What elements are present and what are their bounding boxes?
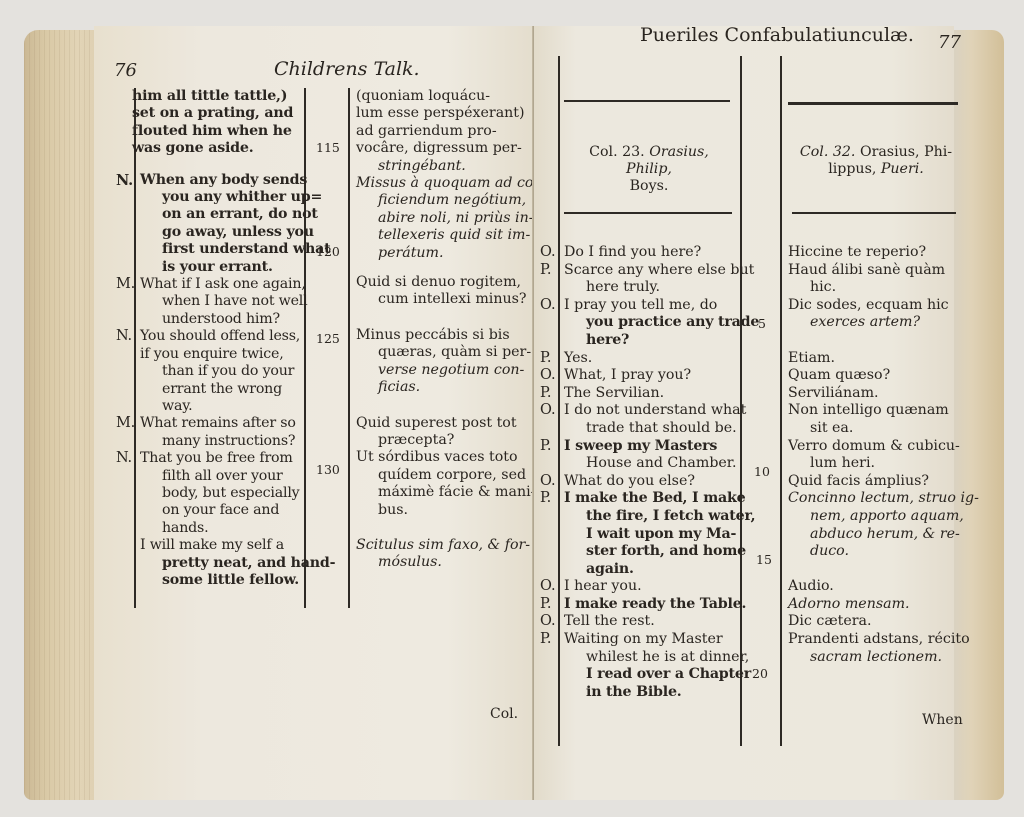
text-line: filth all over your [140, 468, 308, 485]
text-line: Audio. [788, 578, 964, 596]
text-line: trade that should be. [564, 420, 736, 438]
speaker-label: O. [540, 613, 556, 631]
speaker-label: P. [540, 262, 551, 280]
text-line: I read over a Chapter [564, 666, 736, 684]
speaker-label: O. [540, 244, 556, 262]
dialogue-block: him all tittle tattle,) set on a prating… [132, 88, 308, 158]
text-line: Waiting on my Master [564, 631, 723, 647]
line-number: 115 [316, 140, 340, 155]
text-line: Minus peccábis si bis [356, 327, 528, 344]
text-line: perátum. [356, 245, 528, 262]
text-line: Do I find you here? [564, 244, 701, 260]
text-line: you practice any trade [564, 314, 736, 332]
text-line: quæras, quàm si per- [356, 344, 528, 361]
line-number: 10 [754, 464, 770, 479]
line-number: 125 [316, 331, 340, 346]
text-line: máximè fácie & mani- [356, 484, 528, 501]
speaker-label: O. [540, 578, 556, 596]
text-line: mósulus. [356, 554, 528, 571]
dialogue-block: N.You should offend less, if you enquire… [140, 328, 308, 415]
column-rule [558, 56, 560, 746]
text-line: Quid superest post tot [356, 415, 528, 432]
heading-subtitle: lippus, [828, 161, 876, 177]
heading-rule [788, 102, 958, 105]
text-line: ster forth, and home [564, 543, 736, 561]
open-book: 76 Childrens Talk. him all tittle tattle… [24, 22, 1004, 807]
latin-block: Missus à quoquam ad con- ficiendum negót… [356, 175, 528, 262]
text-line: Quid facis ámplius? [788, 473, 964, 491]
heading-rule [564, 100, 730, 102]
text-line: ficias. [356, 379, 528, 396]
line-number: 20 [752, 666, 768, 681]
text-line: ficiendum negótium, [356, 192, 528, 209]
english-column: him all tittle tattle,) set on a prating… [140, 88, 308, 589]
text-line: hic. [788, 279, 964, 297]
heading-rule [792, 212, 956, 214]
speaker-label: P. [540, 385, 551, 403]
text-line: sit ea. [788, 420, 964, 438]
text-line: What do you else? [564, 473, 695, 489]
speaker-label: P. [540, 631, 551, 649]
text-line: Ut sórdibus vaces toto [356, 449, 528, 466]
text-line: set on a prating, and [132, 105, 308, 122]
english-column: O.Do I find you here? P.Scarce any where… [564, 244, 736, 701]
speaker-names: Orasius, Phi- [860, 144, 952, 160]
latin-block: Minus peccábis si bis quæras, quàm si pe… [356, 327, 528, 397]
text-line: Dic sodes, ecquam hic [788, 297, 964, 315]
line-number: 120 [316, 244, 340, 259]
text-line: exerces artem? [788, 314, 964, 332]
text-line: What if I ask one again, [140, 276, 306, 292]
text-line: pretty neat, and hand- [140, 555, 308, 572]
text-line: ad garriendum pro- [356, 123, 528, 140]
text-line: nem, apporto aquam, [788, 508, 964, 526]
text-line: The Servilian. [564, 385, 664, 401]
text-line: on your face and [140, 502, 308, 519]
text-line: tellexeris quid sit im- [356, 227, 528, 244]
text-line: abire noli, ni priùs in- [356, 210, 528, 227]
text-line: many instructions? [140, 433, 308, 450]
speaker-label: M. [116, 415, 135, 432]
running-head: Pueriles Confabulatiunculæ. [640, 24, 914, 46]
text-line: I hear you. [564, 578, 642, 594]
colloquy-reference: Col. 23. [589, 144, 645, 160]
speaker-label: O. [540, 402, 556, 420]
speaker-label: N. [116, 172, 133, 189]
latin-block: Quid si denuo rogitem, cum intellexi min… [356, 274, 528, 309]
text-line: Non intelligo quænam [788, 402, 964, 420]
text-line: Tell the rest. [564, 613, 655, 629]
text-line: I wait upon my Ma- [564, 526, 736, 544]
page-number: 76 [114, 60, 137, 81]
text-line: I make the Bed, I make [564, 490, 745, 506]
text-line: vocâre, digressum per- [356, 140, 528, 157]
catchword: When [922, 712, 963, 728]
text-line: the fire, I fetch water, [564, 508, 736, 526]
text-line: body, but especially [140, 485, 308, 502]
text-line: quídem corpore, sed [356, 467, 528, 484]
text-line: Quid si denuo rogitem, [356, 274, 528, 291]
text-line: Prandenti adstans, récito [788, 631, 964, 649]
text-line: verse negotium con- [356, 362, 528, 379]
text-line: præcepta? [356, 432, 528, 449]
text-line: Concinno lectum, struo ig- [788, 490, 964, 508]
text-line: is your errant. [140, 259, 308, 276]
speaker-label: P. [540, 596, 551, 614]
latin-block: Ut sórdibus vaces toto quídem corpore, s… [356, 449, 528, 519]
text-line: duco. [788, 543, 964, 561]
text-line: on an errant, do not [140, 206, 308, 223]
text-line: here? [564, 332, 736, 350]
dialogue-block: N.That you be free from filth all over y… [140, 450, 308, 589]
column-rule [134, 88, 136, 608]
text-line: I do not understand what [564, 402, 746, 418]
text-line: hands. [140, 520, 308, 537]
running-head: Childrens Talk. [274, 58, 420, 80]
text-line: Etiam. [788, 350, 964, 368]
text-line: again. [564, 561, 736, 579]
text-line: What, I pray you? [564, 367, 691, 383]
text-line: What remains after so [140, 415, 296, 431]
text-line: if you enquire twice, [140, 346, 308, 363]
text-line: some little fellow. [140, 572, 308, 589]
text-line: Serviliánam. [788, 385, 964, 403]
text-line: Hiccine te reperio? [788, 244, 964, 262]
text-line: when I have not well [140, 293, 308, 310]
text-line: lum heri. [788, 455, 964, 473]
text-line: Verro domum & cubicu- [788, 438, 964, 456]
text-line: When any body sends [140, 172, 307, 188]
speaker-label: P. [540, 350, 551, 368]
latin-column: (quoniam loquácu- lum esse perspéxerant)… [356, 88, 528, 572]
dialogue-heading-latin: Col. 32. Orasius, Phi- lippus, Pueri. [786, 144, 966, 178]
speaker-label: O. [540, 367, 556, 385]
text-line: was gone aside. [132, 140, 308, 157]
speaker-label: M. [116, 276, 135, 293]
speaker-label: O. [540, 473, 556, 491]
speaker-label: P. [540, 490, 551, 508]
text-line: abduco herum, & re- [788, 526, 964, 544]
latin-block: Quid superest post tot præcepta? [356, 415, 528, 450]
text-line: I will make my self a [140, 537, 308, 554]
text-line: stringébant. [356, 158, 528, 175]
dialogue-block: M.What if I ask one again, when I have n… [140, 276, 308, 328]
text-line: go away, unless you [140, 224, 308, 241]
speaker-label: P. [540, 438, 551, 456]
text-line: Yes. [564, 350, 592, 366]
colloquy-reference: Col. 32. [800, 144, 856, 160]
heading-subtitle: Pueri. [881, 161, 924, 177]
page-number: 77 [938, 32, 961, 53]
text-line: Missus à quoquam ad con- [356, 175, 528, 192]
text-line: Quam quæso? [788, 367, 964, 385]
speaker-label: O. [540, 297, 556, 315]
left-page: 76 Childrens Talk. him all tittle tattle… [94, 26, 534, 800]
text-line: him all tittle tattle,) [132, 88, 308, 105]
text-line: in the Bible. [564, 684, 736, 702]
text-line: House and Chamber. [564, 455, 736, 473]
text-line: flouted him when he [132, 123, 308, 140]
text-line: (quoniam loquácu- [356, 88, 528, 105]
text-line: errant the wrong [140, 381, 308, 398]
text-line: sacram lectionem. [788, 649, 964, 667]
text-line: bus. [356, 502, 528, 519]
text-line: understood him? [140, 311, 308, 328]
dialogue-block: N.When any body sends you any whither up… [140, 172, 308, 276]
text-line: whilest he is at dinner, [564, 649, 736, 667]
dialogue-heading-english: Col. 23. Orasius, Philip, Boys. [564, 144, 734, 195]
text-line: you any whither up= [140, 189, 308, 206]
text-line: You should offend less, [140, 328, 300, 344]
text-line: Scitulus sim faxo, & for- [356, 537, 528, 554]
text-line: That you be free from [140, 450, 293, 466]
heading-rule [564, 212, 732, 214]
latin-block: (quoniam loquácu- lum esse perspéxerant)… [356, 88, 528, 175]
text-line: I pray you tell me, do [564, 297, 717, 313]
latin-column: Hiccine te reperio? Haud álibi sanè quàm… [788, 244, 964, 666]
text-line: Dic cætera. [788, 613, 964, 631]
text-line: Scarce any where else but [564, 262, 754, 278]
text-line: lum esse perspéxerant) [356, 105, 528, 122]
column-rule [348, 88, 350, 608]
text-line: here truly. [564, 279, 736, 297]
latin-block: Scitulus sim faxo, & for- mósulus. [356, 537, 528, 572]
text-line: I make ready the Table. [564, 596, 746, 612]
dialogue-block: M.What remains after so many instruction… [140, 415, 308, 450]
speaker-label: N. [116, 328, 132, 345]
line-number: 15 [756, 552, 772, 567]
text-line: first understand what [140, 241, 308, 258]
text-line: cum intellexi minus? [356, 291, 528, 308]
right-page: Pueriles Confabulatiunculæ. 77 Col. 23. … [534, 26, 954, 800]
heading-subtitle: Boys. [564, 178, 734, 195]
text-line: Haud álibi sanè quàm [788, 262, 964, 280]
line-number: 5 [758, 316, 766, 331]
text-line: way. [140, 398, 308, 415]
text-line: I sweep my Masters [564, 438, 717, 454]
text-line: Adorno mensam. [788, 596, 964, 614]
line-number: 130 [316, 462, 340, 477]
column-rule [780, 56, 782, 746]
catchword: Col. [490, 706, 518, 722]
text-line: than if you do your [140, 363, 308, 380]
column-rule [740, 56, 742, 746]
speaker-label: N. [116, 450, 132, 467]
